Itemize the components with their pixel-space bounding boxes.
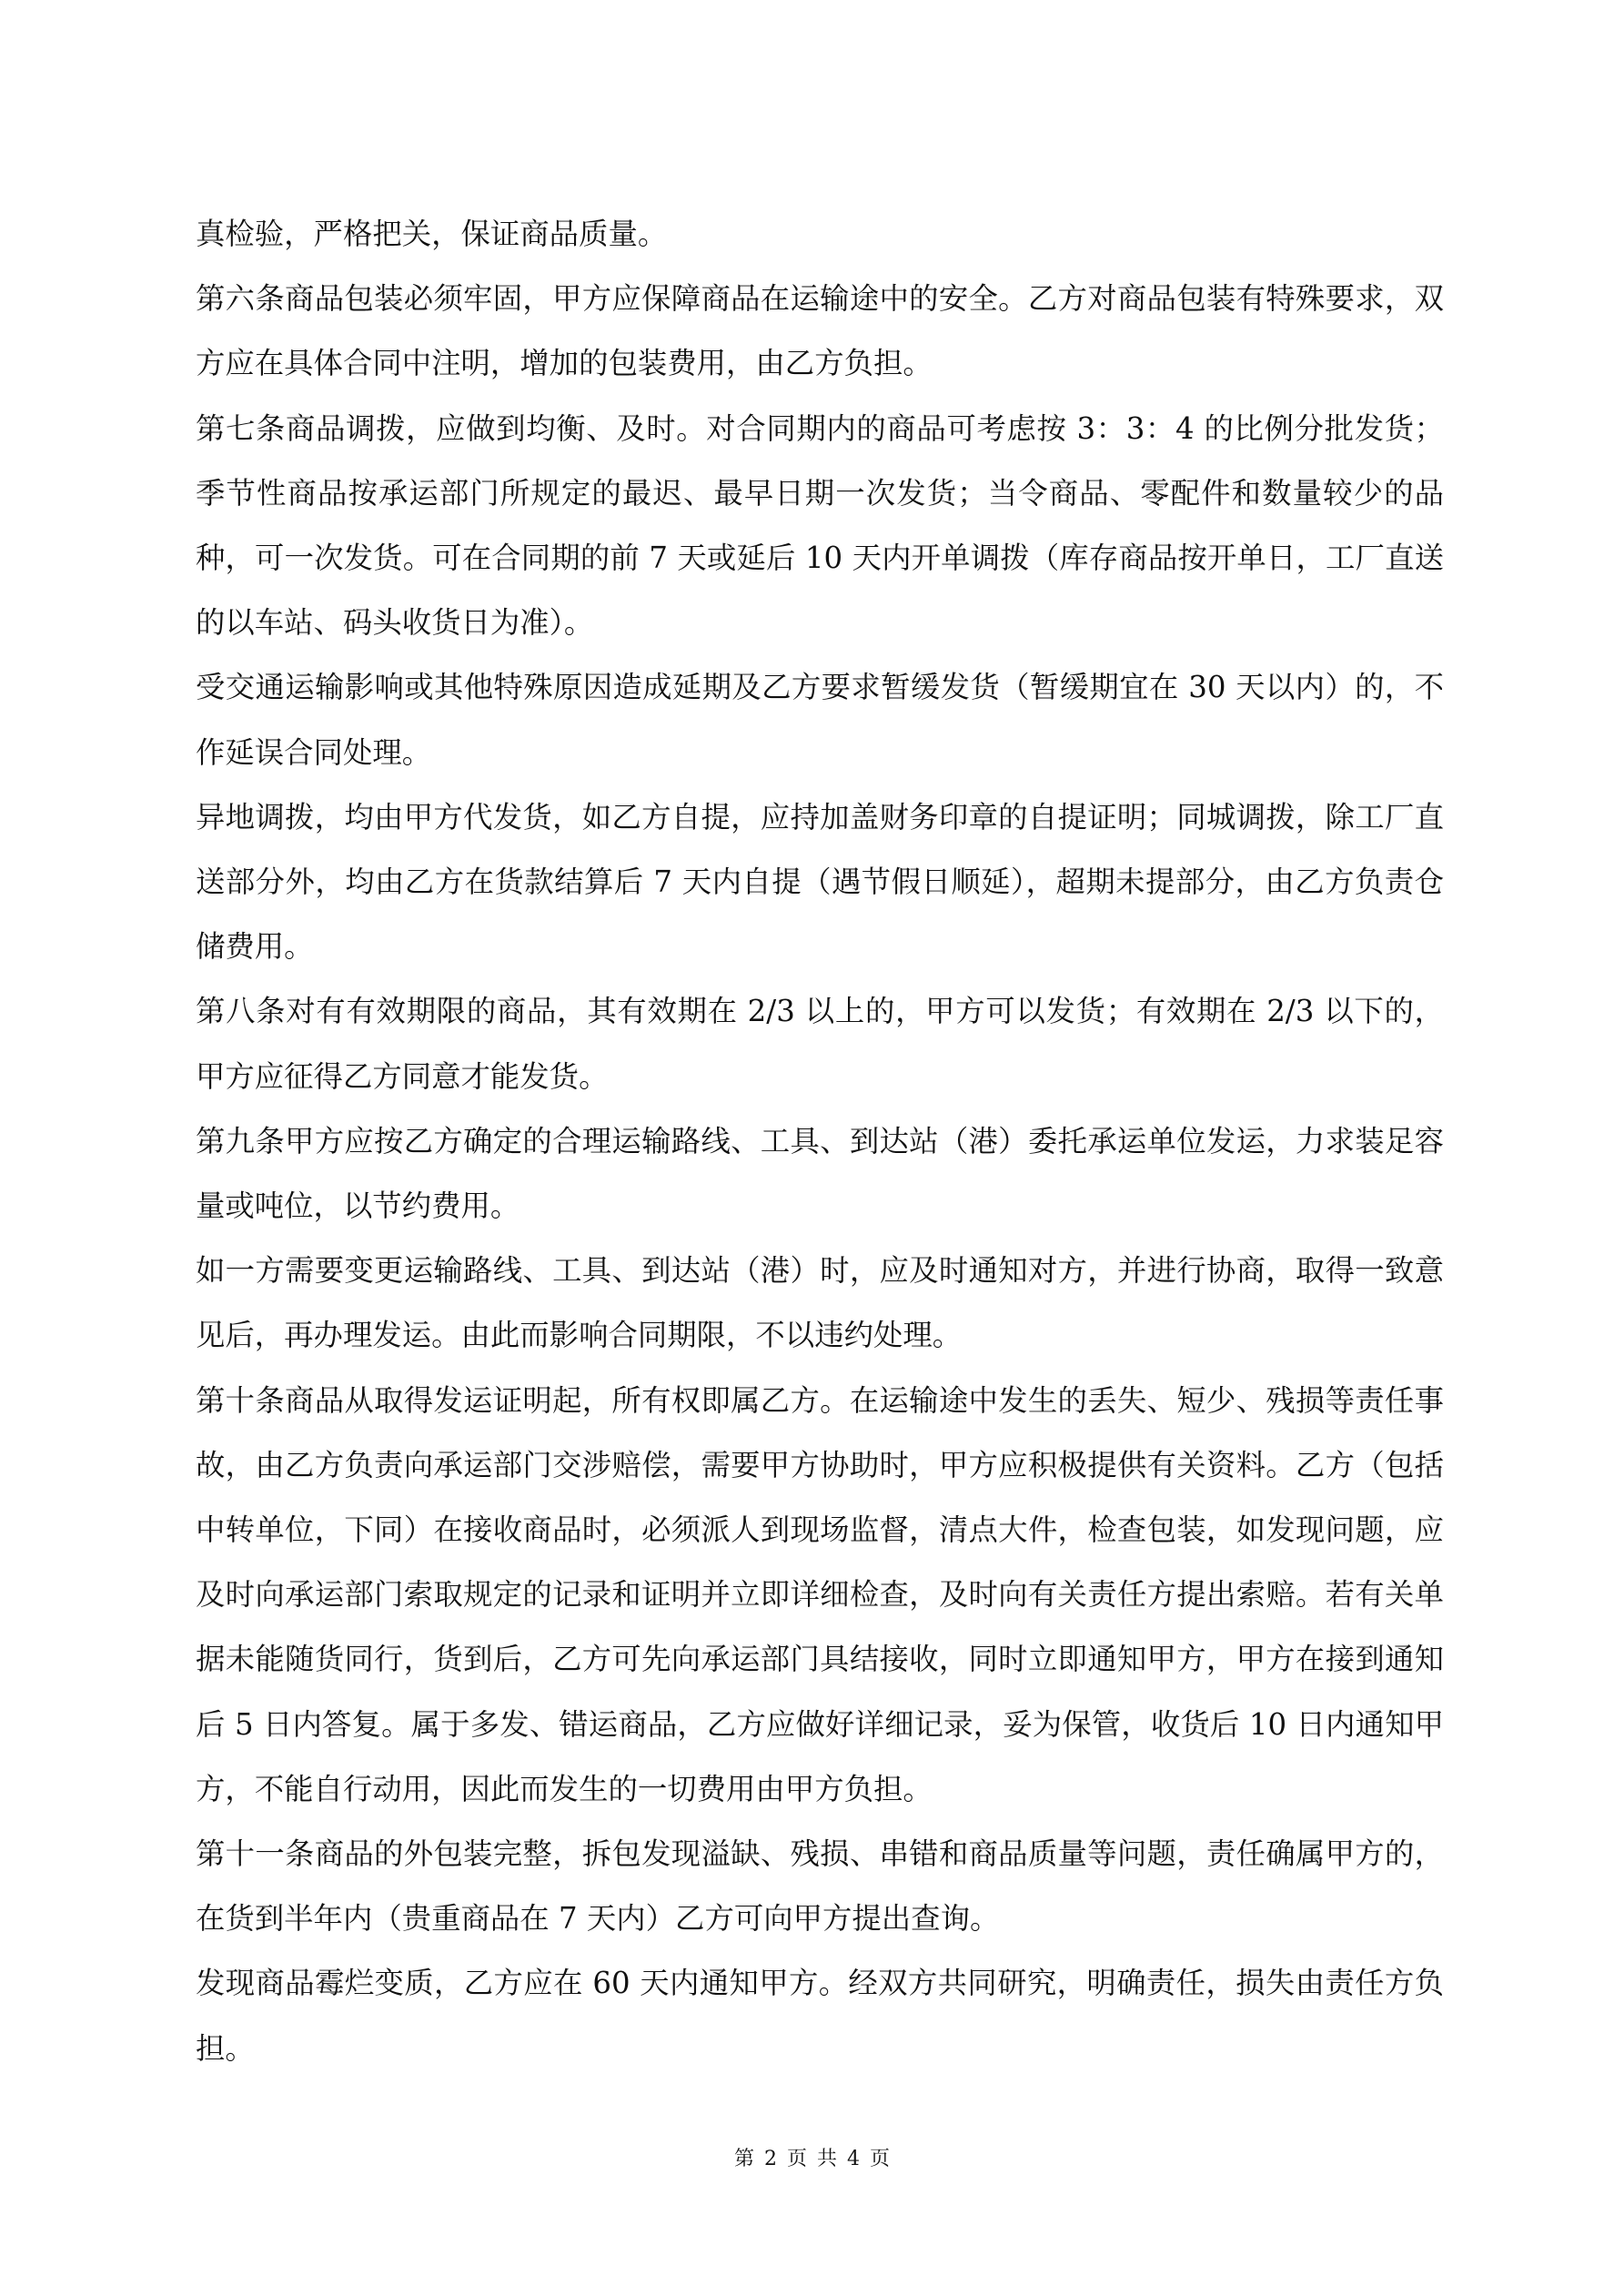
paragraph-spoilage-clause: 发现商品霉烂变质，乙方应在 60 天内通知甲方。经双方共同研究，明确责任，损失由…: [196, 1951, 1444, 2080]
paragraph-delay-clause: 受交通运输影响或其他特殊原因造成延期及乙方要求暂缓发货（暂缓期宜在 30 天以内…: [196, 655, 1444, 784]
page-number-footer: 第 2 页 共 4 页: [0, 2146, 1624, 2173]
paragraph-transfer-clause: 异地调拨，均由甲方代发货，如乙方自提，应持加盖财务印章的自提证明；同城调拨，除工…: [196, 785, 1444, 980]
paragraph-article-11: 第十一条商品的外包装完整，拆包发现溢缺、残损、串错和商品质量等问题，责任确属甲方…: [196, 1822, 1444, 1951]
paragraph-article-6: 第六条商品包装必须牢固，甲方应保障商品在运输途中的安全。乙方对商品包装有特殊要求…: [196, 267, 1444, 396]
paragraph-continuation: 真检验，严格把关，保证商品质量。: [196, 202, 1444, 267]
paragraph-article-7: 第七条商品调拨，应做到均衡、及时。对合同期内的商品可考虑按 3：3：4 的比例分…: [196, 397, 1444, 656]
paragraph-article-10: 第十条商品从取得发运证明起，所有权即属乙方。在运输途中发生的丢失、短少、残损等责…: [196, 1369, 1444, 1822]
paragraph-article-8: 第八条对有有效期限的商品，其有效期在 2/3 以上的，甲方可以发货；有效期在 2…: [196, 979, 1444, 1108]
paragraph-route-change: 如一方需要变更运输路线、工具、到达站（港）时，应及时通知对方，并进行协商，取得一…: [196, 1239, 1444, 1368]
paragraph-article-9: 第九条甲方应按乙方确定的合理运输路线、工具、到达站（港）委托承运单位发运，力求装…: [196, 1109, 1444, 1239]
document-body: 真检验，严格把关，保证商品质量。 第六条商品包装必须牢固，甲方应保障商品在运输途…: [196, 202, 1444, 2081]
